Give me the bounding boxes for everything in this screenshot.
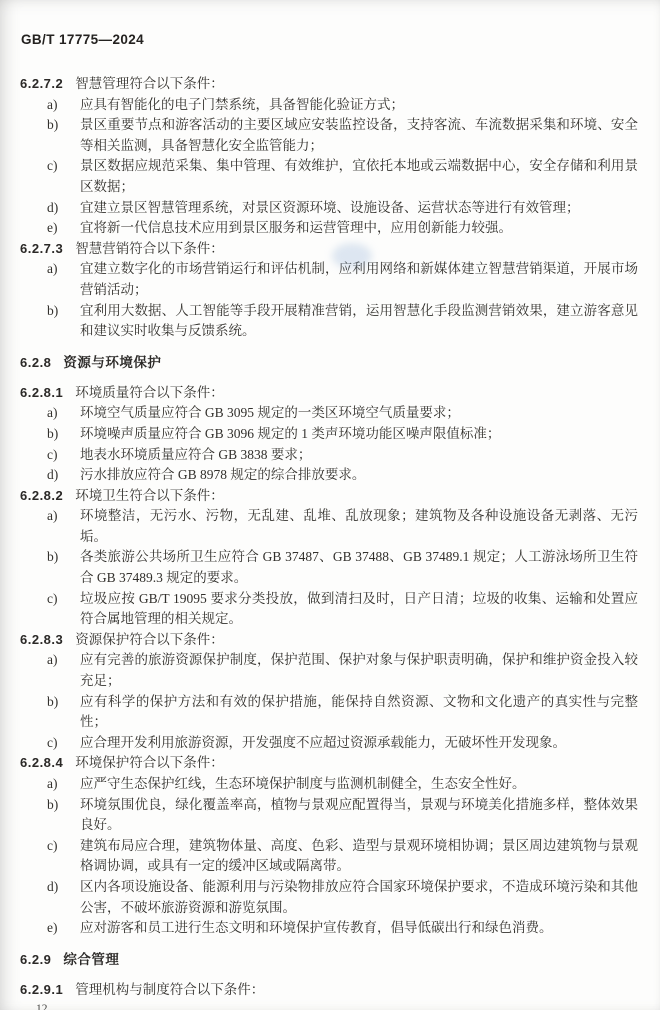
item-text: 地表水环境质量应符合 GB 3838 要求； [80,445,638,466]
item-text: 环境噪声质量应符合 GB 3096 规定的 1 类声环境功能区噪声限值标准； [80,424,638,445]
item-label: c) [20,589,80,610]
clause-title: 环境卫生符合以下条件： [75,486,224,507]
item-label: d) [20,465,80,486]
list-item: b)环境氛围优良，绿化覆盖率高，植物与景观应配置得当，景观与环境美化措施多样，整… [20,795,638,836]
item-label: c) [20,156,80,177]
list-item: c)应合理开发利用旅游资源，开发强度不应超过资源承载能力，无破坏性开发现象。 [20,733,638,754]
item-text: 宜建立景区智慧管理系统，对景区资源环境、设施设备、运营状态等进行有效管理； [80,198,638,219]
clause-number: 6.2.7.3 [20,239,63,260]
clause-6.2.8.1: 6.2.8.1环境质量符合以下条件：a)环境空气质量应符合 GB 3095 规定… [20,383,638,486]
item-text: 应具有智能化的电子门禁系统，具备智能化验证方式； [80,95,638,116]
clause-title: 资源保护符合以下条件： [75,630,224,651]
item-text: 建筑布局应合理，建筑物体量、高度、色彩、造型与景观环境相协调；景区周边建筑物与景… [80,836,638,877]
standard-code-header: GB/T 17775—2024 [21,32,638,74]
clause-number: 6.2.7.2 [20,74,63,95]
list-item: d)宜建立景区智慧管理系统，对景区资源环境、设施设备、运营状态等进行有效管理； [20,198,638,219]
list-item: e)宜将新一代信息技术应用到景区服务和运营管理中，应用创新能力较强。 [20,218,638,239]
item-text: 宜建立数字化的市场营销运行和评估机制，应利用网络和新媒体建立智慧营销渠道，开展市… [80,259,638,300]
clause-heading: 6.2.7.2智慧管理符合以下条件： [20,74,638,95]
clause-6.2.8.2: 6.2.8.2环境卫生符合以下条件：a)环境整洁，无污水、污物，无乱建、乱堆、乱… [20,486,638,630]
item-text: 应对游客和员工进行生态文明和环境保护宣传教育，倡导低碳出行和绿色消费。 [80,918,638,939]
item-label: a) [20,650,80,671]
page-number: 12 [36,1003,638,1010]
clause-number: 6.2.8.1 [20,383,63,404]
item-label: b) [20,692,80,713]
item-label: b) [20,301,80,322]
item-label: e) [20,218,80,239]
clause-title: 环境保护符合以下条件： [75,753,224,774]
clause-heading: 6.2.8.1环境质量符合以下条件： [20,383,638,404]
clause-number: 6.2.8.3 [20,630,63,651]
list-item: a)应有完善的旅游资源保护制度，保护范围、保护对象与保护职责明确，保护和维护资金… [20,650,638,691]
item-label: a) [20,506,80,527]
list-item: c)建筑布局应合理，建筑物体量、高度、色彩、造型与景观环境相协调；景区周边建筑物… [20,836,638,877]
item-text: 应严守生态保护红线，生态环境保护制度与监测机制健全，生态安全性好。 [80,774,638,795]
list-item: d)污水排放应符合 GB 8978 规定的综合排放要求。 [20,465,638,486]
item-text: 各类旅游公共场所卫生应符合 GB 37487、GB 37488、GB 37489… [80,547,638,588]
item-label: c) [20,836,80,857]
item-text: 宜利用大数据、人工智能等手段开展精准营销，运用智慧化手段监测营销效果，建立游客意… [80,301,638,342]
clause-6.2.7.2: 6.2.7.2智慧管理符合以下条件：a)应具有智能化的电子门禁系统，具备智能化验… [20,74,638,239]
list-item: b)应有科学的保护方法和有效的保护措施，能保持自然资源、文物和文化遗产的真实性与… [20,692,638,733]
list-item: a)环境整洁，无污水、污物，无乱建、乱堆、乱放现象；建筑物及各种设施设备无剥落、… [20,506,638,547]
item-text: 应有完善的旅游资源保护制度，保护范围、保护对象与保护职责明确，保护和维护资金投入… [80,650,638,691]
list-item: b)景区重要节点和游客活动的主要区域应安装监控设备，支持客流、车流数据采集和环境… [20,115,638,156]
item-text: 景区重要节点和游客活动的主要区域应安装监控设备，支持客流、车流数据采集和环境、安… [80,115,638,156]
clause-heading: 6.2.9.1管理机构与制度符合以下条件： [20,980,638,1001]
item-label: a) [20,95,80,116]
clause-heading: 6.2.9综合管理 [20,949,638,970]
item-label: a) [20,403,80,424]
item-label: b) [20,795,80,816]
clause-number: 6.2.8.2 [20,486,63,507]
list-item: c)垃圾应按 GB/T 19095 要求分类投放，做到清扫及时，日产日清；垃圾的… [20,589,638,630]
clause-title: 资源与环境保护 [63,352,161,373]
clause-heading: 6.2.8.3资源保护符合以下条件： [20,630,638,651]
clause-list: 6.2.7.2智慧管理符合以下条件：a)应具有智能化的电子门禁系统，具备智能化验… [20,74,638,1000]
item-label: b) [20,547,80,568]
list-item: b)各类旅游公共场所卫生应符合 GB 37487、GB 37488、GB 374… [20,547,638,588]
item-label: a) [20,259,80,280]
item-label: c) [20,733,80,754]
clause-6.2.9.1: 6.2.9.1管理机构与制度符合以下条件： [20,980,638,1001]
clause-title: 智慧管理符合以下条件： [75,74,224,95]
clause-heading: 6.2.7.3智慧营销符合以下条件： [20,239,638,260]
list-item: d)区内各项设施设备、能源利用与污染物排放应符合国家环境保护要求，不造成环境污染… [20,877,638,918]
clause-title: 环境质量符合以下条件： [75,383,224,404]
list-item: c)景区数据应规范采集、集中管理、有效维护，宜依托本地或云端数据中心，安全存储和… [20,156,638,197]
item-label: e) [20,918,80,939]
item-label: b) [20,424,80,445]
clause-number: 6.2.9.1 [20,980,63,1001]
list-item: c)地表水环境质量应符合 GB 3838 要求； [20,445,638,466]
item-label: d) [20,198,80,219]
clause-6.2.8.3: 6.2.8.3资源保护符合以下条件：a)应有完善的旅游资源保护制度，保护范围、保… [20,630,638,754]
item-label: d) [20,877,80,898]
item-text: 应有科学的保护方法和有效的保护措施，能保持自然资源、文物和文化遗产的真实性与完整… [80,692,638,733]
clause-heading: 6.2.8.2环境卫生符合以下条件： [20,486,638,507]
item-text: 环境氛围优良，绿化覆盖率高，植物与景观应配置得当，景观与环境美化措施多样，整体效… [80,795,638,836]
clause-heading: 6.2.8资源与环境保护 [20,352,638,373]
document-page: GB/T 17775—2024 6.2.7.2智慧管理符合以下条件：a)应具有智… [0,0,660,1010]
clause-heading: 6.2.8.4环境保护符合以下条件： [20,753,638,774]
item-text: 景区数据应规范采集、集中管理、有效维护，宜依托本地或云端数据中心，安全存储和利用… [80,156,638,197]
item-text: 宜将新一代信息技术应用到景区服务和运营管理中，应用创新能力较强。 [80,218,638,239]
clause-number: 6.2.9 [20,949,51,970]
clause-title: 管理机构与制度符合以下条件： [75,980,264,1001]
list-item: e)应对游客和员工进行生态文明和环境保护宣传教育，倡导低碳出行和绿色消费。 [20,918,638,939]
list-item: a)应具有智能化的电子门禁系统，具备智能化验证方式； [20,95,638,116]
list-item: b)环境噪声质量应符合 GB 3096 规定的 1 类声环境功能区噪声限值标准； [20,424,638,445]
clause-6.2.8.4: 6.2.8.4环境保护符合以下条件：a)应严守生态保护红线，生态环境保护制度与监… [20,753,638,938]
clause-6.2.8: 6.2.8资源与环境保护 [20,352,638,373]
clause-6.2.7.3: 6.2.7.3智慧营销符合以下条件：a)宜建立数字化的市场营销运行和评估机制，应… [20,239,638,342]
list-item: a)应严守生态保护红线，生态环境保护制度与监测机制健全，生态安全性好。 [20,774,638,795]
item-text: 污水排放应符合 GB 8978 规定的综合排放要求。 [80,465,638,486]
clause-number: 6.2.8.4 [20,753,63,774]
item-text: 垃圾应按 GB/T 19095 要求分类投放，做到清扫及时，日产日清；垃圾的收集… [80,589,638,630]
clause-number: 6.2.8 [20,352,51,373]
item-label: a) [20,774,80,795]
item-text: 区内各项设施设备、能源利用与污染物排放应符合国家环境保护要求，不造成环境污染和其… [80,877,638,918]
item-label: c) [20,445,80,466]
clause-title: 综合管理 [63,949,119,970]
list-item: a)宜建立数字化的市场营销运行和评估机制，应利用网络和新媒体建立智慧营销渠道，开… [20,259,638,300]
clause-6.2.9: 6.2.9综合管理 [20,949,638,970]
list-item: b)宜利用大数据、人工智能等手段开展精准营销，运用智慧化手段监测营销效果，建立游… [20,301,638,342]
item-label: b) [20,115,80,136]
item-text: 环境整洁，无污水、污物，无乱建、乱堆、乱放现象；建筑物及各种设施设备无剥落、无污… [80,506,638,547]
clause-title: 智慧营销符合以下条件： [75,239,224,260]
item-text: 应合理开发利用旅游资源，开发强度不应超过资源承载能力，无破坏性开发现象。 [80,733,638,754]
item-text: 环境空气质量应符合 GB 3095 规定的一类区环境空气质量要求； [80,403,638,424]
list-item: a)环境空气质量应符合 GB 3095 规定的一类区环境空气质量要求； [20,403,638,424]
